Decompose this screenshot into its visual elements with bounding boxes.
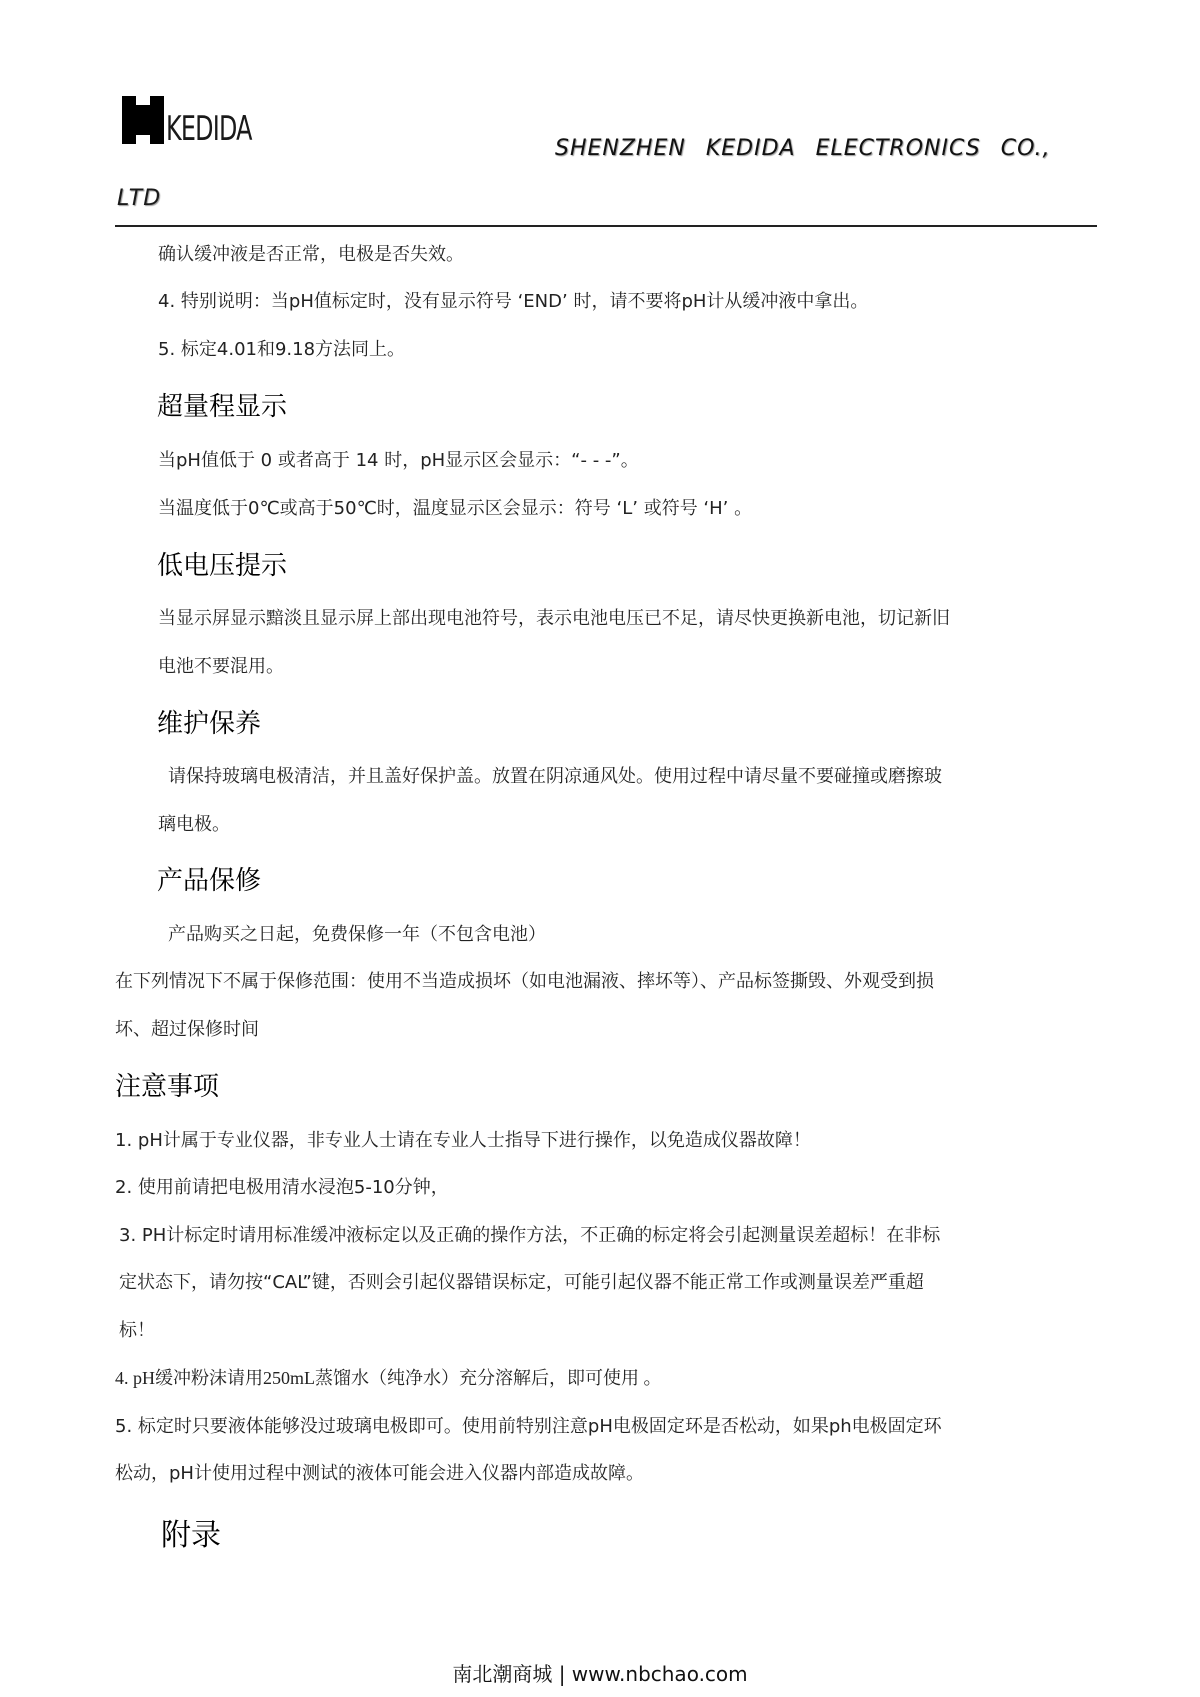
paragraph: 产品购买之日起，免费保修一年（不包含电池） — [168, 920, 546, 946]
section-title-warranty: 产品保修 — [157, 860, 261, 897]
list-item: 3. PH计标定时请用标准缓冲液标定以及正确的操作方法，不正确的标定将会引起测量… — [119, 1221, 940, 1247]
list-item: 4. 特别说明：当pH值标定时，没有显示符号 ‘END’ 时，请不要将pH计从缓… — [158, 287, 868, 313]
section-title-maintenance: 维护保养 — [157, 703, 261, 740]
kedida-logo-icon — [122, 96, 164, 144]
company-name-ltd: LTD — [117, 186, 161, 211]
header-divider — [115, 225, 1097, 227]
section-title-appendix: 附录 — [161, 1510, 221, 1554]
paragraph: 确认缓冲液是否正常，电极是否失效。 — [158, 240, 464, 266]
list-item: 标！ — [119, 1316, 155, 1342]
paragraph: 当温度低于0℃或高于50℃时，温度显示区会显示：符号 ‘L’ 或符号 ‘H’ 。 — [158, 494, 752, 520]
footer-watermark: 南北潮商城 | www.nbchao.com — [0, 1658, 1200, 1687]
list-item: 定状态下，请勿按“CAL”键，否则会引起仪器错误标定，可能引起仪器不能正常工作或… — [119, 1268, 924, 1294]
list-item: 5. 标定时只要液体能够没过玻璃电极即可。使用前特别注意pH电极固定环是否松动，… — [115, 1412, 942, 1438]
paragraph: 当pH值低于 0 或者高于 14 时，pH显示区会显示：“- - -”。 — [158, 446, 639, 472]
section-title-over-range: 超量程显示 — [157, 386, 287, 423]
logo-text: KEDIDA — [166, 114, 252, 144]
paragraph: 当显示屏显示黯淡且显示屏上部出现电池符号，表示电池电压已不足，请尽快更换新电池，… — [158, 604, 950, 630]
section-title-notes: 注意事项 — [115, 1066, 219, 1103]
section-title-low-voltage: 低电压提示 — [157, 545, 287, 582]
logo: KEDIDA — [122, 96, 276, 144]
paragraph: 坏、超过保修时间 — [115, 1015, 259, 1041]
paragraph: 在下列情况下不属于保修范围：使用不当造成损坏（如电池漏液、摔坏等）、产品标签撕毁… — [115, 967, 934, 993]
list-item: 1. pH计属于专业仪器，非专业人士请在专业人士指导下进行操作，以免造成仪器故障… — [115, 1126, 811, 1152]
list-item: 松动，pH计使用过程中测试的液体可能会进入仪器内部造成故障。 — [115, 1459, 644, 1485]
paragraph: 电池不要混用。 — [158, 652, 284, 678]
paragraph: 璃电极。 — [158, 810, 230, 836]
company-name: SHENZHEN KEDIDA ELECTRONICS CO., — [555, 136, 1050, 161]
list-item: 5. 标定4.01和9.18方法同上。 — [158, 335, 405, 361]
paragraph: 请保持玻璃电极清洁，并且盖好保护盖。放置在阴凉通风处。使用过程中请尽量不要碰撞或… — [168, 762, 942, 788]
list-item: 4. pH缓冲粉沫请用250mL蒸馏水（纯净水）充分溶解后，即可使用 。 — [115, 1364, 662, 1390]
list-item: 2. 使用前请把电极用清水浸泡5-10分钟， — [115, 1173, 449, 1199]
